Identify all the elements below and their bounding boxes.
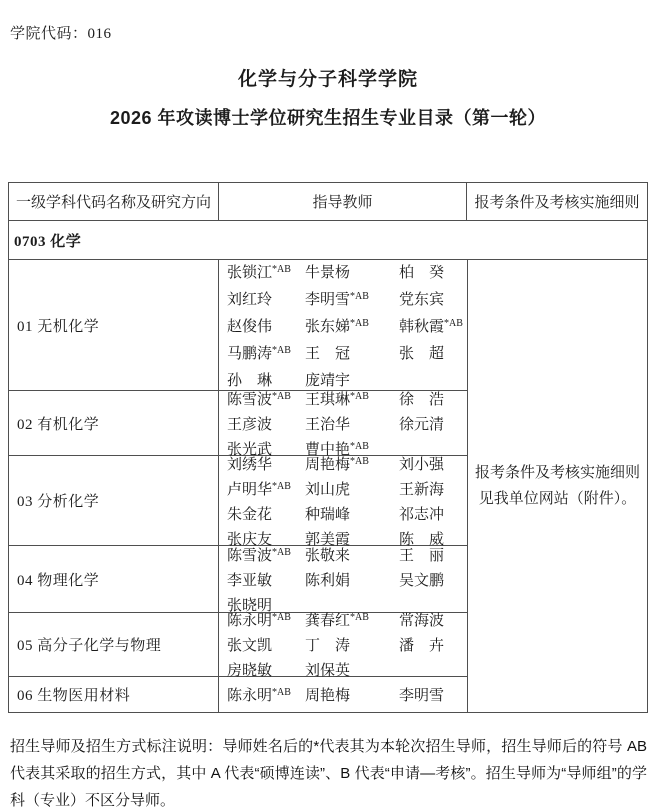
advisor-name: 王彦波 bbox=[227, 411, 305, 436]
advisor-name: 祁志冲 bbox=[399, 501, 467, 526]
advisor-name: 朱金花 bbox=[227, 501, 305, 526]
advisor-name-text: 龚春红 bbox=[305, 613, 350, 629]
advisor-name: 张东娣*AB bbox=[305, 312, 399, 339]
advisor-name: 刘绣华 bbox=[227, 451, 305, 476]
advisor-mode-tag: *AB bbox=[272, 391, 291, 402]
advisor-mode-tag: *AB bbox=[272, 547, 291, 558]
advisor-name: 李亚敏 bbox=[227, 567, 305, 592]
merged-requirements-cell: 报考条件及考核实施细则见我单位网站（附件）。 bbox=[467, 260, 647, 712]
advisor-name: 种瑞峰 bbox=[305, 501, 399, 526]
table-row-organic-chemistry: 02 有机化学 陈雪波*AB 王琪琳*AB 徐 浩 王彦波 王治华 bbox=[9, 390, 467, 455]
advisor-name-text: 王新海 bbox=[399, 482, 444, 498]
advisor-name: 徐 浩 bbox=[399, 386, 467, 411]
table-row-inorganic-chemistry: 01 无机化学 张锁江*AB 牛景杨 柏 癸 刘红玲 李明雪*AB bbox=[9, 260, 467, 390]
advisor-name: 吴文鹏 bbox=[399, 567, 467, 592]
advisor-name: 卢明华*AB bbox=[227, 476, 305, 501]
advisor-name-text: 刘小强 bbox=[399, 457, 444, 473]
advisor-name: 李明雪*AB bbox=[305, 285, 399, 312]
advisor-mode-tag: *AB bbox=[350, 318, 369, 329]
advisor-name: 徐元清 bbox=[399, 411, 467, 436]
advisor-name: 牛景杨 bbox=[305, 258, 399, 285]
advisor-name-text: 徐 浩 bbox=[399, 392, 444, 408]
advisor-name: 柏 癸 bbox=[399, 258, 467, 285]
direction-cell: 01 无机化学 bbox=[9, 260, 219, 390]
advisor-name-text: 祁志冲 bbox=[399, 507, 444, 523]
advisor-name: 王治华 bbox=[305, 411, 399, 436]
page-title: 化学与分子科学学院 bbox=[0, 64, 656, 91]
advisor-names-grid: 陈永明*AB 周艳梅 李明雪 bbox=[219, 682, 467, 707]
advisor-names-grid: 陈雪波*AB 张敬来 王 丽 李亚敏 陈利娟 吴文鹏 张晓明 bbox=[219, 542, 467, 617]
advisor-name: 陈雪波*AB bbox=[227, 542, 305, 567]
advisors-cell: 刘绣华 周艳梅*AB 刘小强 卢明华*AB 刘山虎 王新海 朱金花 bbox=[219, 456, 467, 545]
advisor-name-text: 卢明华 bbox=[227, 482, 272, 498]
advisor-name: 刘红玲 bbox=[227, 285, 305, 312]
advisor-name-text: 赵俊伟 bbox=[227, 319, 272, 335]
advisor-mode-tag: *AB bbox=[350, 391, 369, 402]
section-row-chemistry: 0703 化学 bbox=[9, 220, 647, 259]
advisor-names-grid: 陈雪波*AB 王琪琳*AB 徐 浩 王彦波 王治华 徐元清 张光武 bbox=[219, 386, 467, 461]
advisor-name-text: 韩秋霞 bbox=[399, 319, 444, 335]
advisor-name: 陈雪波*AB bbox=[227, 386, 305, 411]
advisor-name: 刘小强 bbox=[399, 451, 467, 476]
document-page: { "header": { "school_code": "学院代码：016",… bbox=[0, 0, 656, 807]
footnote: 招生导师及招生方式标注说明：导师姓名后的*代表其为本轮次招生导师，招生导师后的符… bbox=[10, 733, 647, 807]
advisor-name-text: 张 超 bbox=[399, 346, 444, 362]
advisor-name-text: 陈永明 bbox=[227, 688, 272, 704]
advisor-name: 张锁江*AB bbox=[227, 258, 305, 285]
advisor-name-text: 刘绣华 bbox=[227, 457, 272, 473]
advisor-name-text: 李亚敏 bbox=[227, 573, 272, 589]
direction-cell: 03 分析化学 bbox=[9, 456, 219, 545]
advisors-cell: 陈雪波*AB 张敬来 王 丽 李亚敏 陈利娟 吴文鹏 张晓明 bbox=[219, 546, 467, 612]
advisor-name-text: 王 丽 bbox=[399, 548, 444, 564]
advisor-name: 党东宾 bbox=[399, 285, 467, 312]
advisor-name-text: 徐元清 bbox=[399, 417, 444, 433]
advisor-name-text: 陈雪波 bbox=[227, 392, 272, 408]
advisor-name-text: 牛景杨 bbox=[305, 265, 350, 281]
table-body: 01 无机化学 张锁江*AB 牛景杨 柏 癸 刘红玲 李明雪*AB bbox=[9, 259, 647, 712]
advisor-name: 张 超 bbox=[399, 339, 467, 366]
advisor-name: 马鹏涛*AB bbox=[227, 339, 305, 366]
advisor-name-text: 张东娣 bbox=[305, 319, 350, 335]
advisor-name: 王琪琳*AB bbox=[305, 386, 399, 411]
advisor-name-text: 陈利娟 bbox=[305, 573, 350, 589]
advisor-mode-tag: *AB bbox=[272, 612, 291, 623]
advisor-name-text: 周艳梅 bbox=[305, 457, 350, 473]
advisors-cell: 陈雪波*AB 王琪琳*AB 徐 浩 王彦波 王治华 徐元清 张光武 bbox=[219, 391, 467, 455]
advisor-name-text: 李明雪 bbox=[399, 688, 444, 704]
advisor-name: 赵俊伟 bbox=[227, 312, 305, 339]
advisor-name-text: 王彦波 bbox=[227, 417, 272, 433]
direction-cell: 04 物理化学 bbox=[9, 546, 219, 612]
advisor-name: 丁 涛 bbox=[305, 632, 399, 657]
advisor-mode-tag: *AB bbox=[272, 345, 291, 356]
advisor-name-text: 刘山虎 bbox=[305, 482, 350, 498]
advisor-name: 陈永明*AB bbox=[227, 682, 305, 707]
advisor-mode-tag: *AB bbox=[272, 481, 291, 492]
advisor-name-text: 周艳梅 bbox=[305, 688, 350, 704]
table-row-analytical-chemistry: 03 分析化学 刘绣华 周艳梅*AB 刘小强 卢明华*AB 刘山虎 bbox=[9, 455, 467, 545]
advisor-name-text: 陈雪波 bbox=[227, 548, 272, 564]
advisor-name: 龚春红*AB bbox=[305, 607, 399, 632]
advisor-name-text: 柏 癸 bbox=[399, 265, 444, 281]
advisor-name-text: 丁 涛 bbox=[305, 638, 350, 654]
advisor-name-text: 常海波 bbox=[399, 613, 444, 629]
advisor-mode-tag: *AB bbox=[272, 264, 291, 275]
table-row-polymer-chemistry: 05 高分子化学与物理 陈永明*AB 龚春红*AB 常海波 张文凯 bbox=[9, 612, 467, 676]
table-header-row: 一级学科代码名称及研究方向 指导教师 报考条件及考核实施细则 bbox=[9, 183, 647, 220]
advisor-name-text: 李明雪 bbox=[305, 292, 350, 308]
advisors-cell: 陈永明*AB 周艳梅 李明雪 bbox=[219, 677, 467, 712]
advisor-name-text: 张敬来 bbox=[305, 548, 350, 564]
advisor-mode-tag: *AB bbox=[444, 318, 463, 329]
specialty-rows: 01 无机化学 张锁江*AB 牛景杨 柏 癸 刘红玲 李明雪*AB bbox=[9, 260, 467, 712]
advisor-name: 周艳梅*AB bbox=[305, 451, 399, 476]
header-cell-discipline: 一级学科代码名称及研究方向 bbox=[9, 183, 219, 220]
admissions-table: 一级学科代码名称及研究方向 指导教师 报考条件及考核实施细则 0703 化学 0… bbox=[8, 182, 648, 713]
direction-cell: 06 生物医用材料 bbox=[9, 677, 219, 712]
advisors-cell: 张锁江*AB 牛景杨 柏 癸 刘红玲 李明雪*AB 党东宾 赵俊伟 bbox=[219, 260, 467, 390]
advisor-name-text: 张锁江 bbox=[227, 265, 272, 281]
table-row-biomedical-materials: 06 生物医用材料 陈永明*AB 周艳梅 李明雪 bbox=[9, 676, 467, 712]
table-row-physical-chemistry: 04 物理化学 陈雪波*AB 张敬来 王 丽 李亚敏 陈利娟 bbox=[9, 545, 467, 612]
advisor-name-text: 党东宾 bbox=[399, 292, 444, 308]
header-cell-requirements: 报考条件及考核实施细则 bbox=[467, 183, 647, 220]
advisor-name: 陈利娟 bbox=[305, 567, 399, 592]
advisor-name: 王 丽 bbox=[399, 542, 467, 567]
advisor-name: 张敬来 bbox=[305, 542, 399, 567]
advisor-name-text: 张文凯 bbox=[227, 638, 272, 654]
advisor-names-grid: 张锁江*AB 牛景杨 柏 癸 刘红玲 李明雪*AB 党东宾 赵俊伟 bbox=[219, 258, 467, 393]
advisor-name: 王新海 bbox=[399, 476, 467, 501]
advisor-mode-tag: *AB bbox=[272, 687, 291, 698]
page-subtitle: 2026 年攻读博士学位研究生招生专业目录（第一轮） bbox=[0, 104, 656, 130]
advisor-name: 刘山虎 bbox=[305, 476, 399, 501]
advisor-names-grid: 刘绣华 周艳梅*AB 刘小强 卢明华*AB 刘山虎 王新海 朱金花 bbox=[219, 451, 467, 551]
advisor-mode-tag: *AB bbox=[350, 291, 369, 302]
advisor-mode-tag: *AB bbox=[350, 456, 369, 467]
advisor-name-text: 潘 卉 bbox=[399, 638, 444, 654]
advisor-name-text: 王琪琳 bbox=[305, 392, 350, 408]
advisor-name-text: 刘红玲 bbox=[227, 292, 272, 308]
advisor-names-grid: 陈永明*AB 龚春红*AB 常海波 张文凯 丁 涛 潘 卉 房晓敏 bbox=[219, 607, 467, 682]
advisor-name-text: 吴文鹏 bbox=[399, 573, 444, 589]
advisor-mode-tag: *AB bbox=[350, 612, 369, 623]
advisor-name: 张文凯 bbox=[227, 632, 305, 657]
advisor-name-text: 种瑞峰 bbox=[305, 507, 350, 523]
advisor-name: 潘 卉 bbox=[399, 632, 467, 657]
advisor-name-text: 王 冠 bbox=[305, 346, 350, 362]
advisors-cell: 陈永明*AB 龚春红*AB 常海波 张文凯 丁 涛 潘 卉 房晓敏 bbox=[219, 613, 467, 676]
advisor-name-text: 陈永明 bbox=[227, 613, 272, 629]
advisor-name: 李明雪 bbox=[399, 682, 467, 707]
advisor-name-text: 朱金花 bbox=[227, 507, 272, 523]
header-cell-advisors: 指导教师 bbox=[219, 183, 467, 220]
advisor-name: 王 冠 bbox=[305, 339, 399, 366]
advisor-name-text: 王治华 bbox=[305, 417, 350, 433]
advisor-name: 陈永明*AB bbox=[227, 607, 305, 632]
direction-cell: 05 高分子化学与物理 bbox=[9, 613, 219, 676]
advisor-name: 周艳梅 bbox=[305, 682, 399, 707]
advisor-name: 常海波 bbox=[399, 607, 467, 632]
advisor-name: 韩秋霞*AB bbox=[399, 312, 467, 339]
advisor-name-text: 马鹏涛 bbox=[227, 346, 272, 362]
school-code: 学院代码：016 bbox=[10, 22, 112, 43]
direction-cell: 02 有机化学 bbox=[9, 391, 219, 455]
